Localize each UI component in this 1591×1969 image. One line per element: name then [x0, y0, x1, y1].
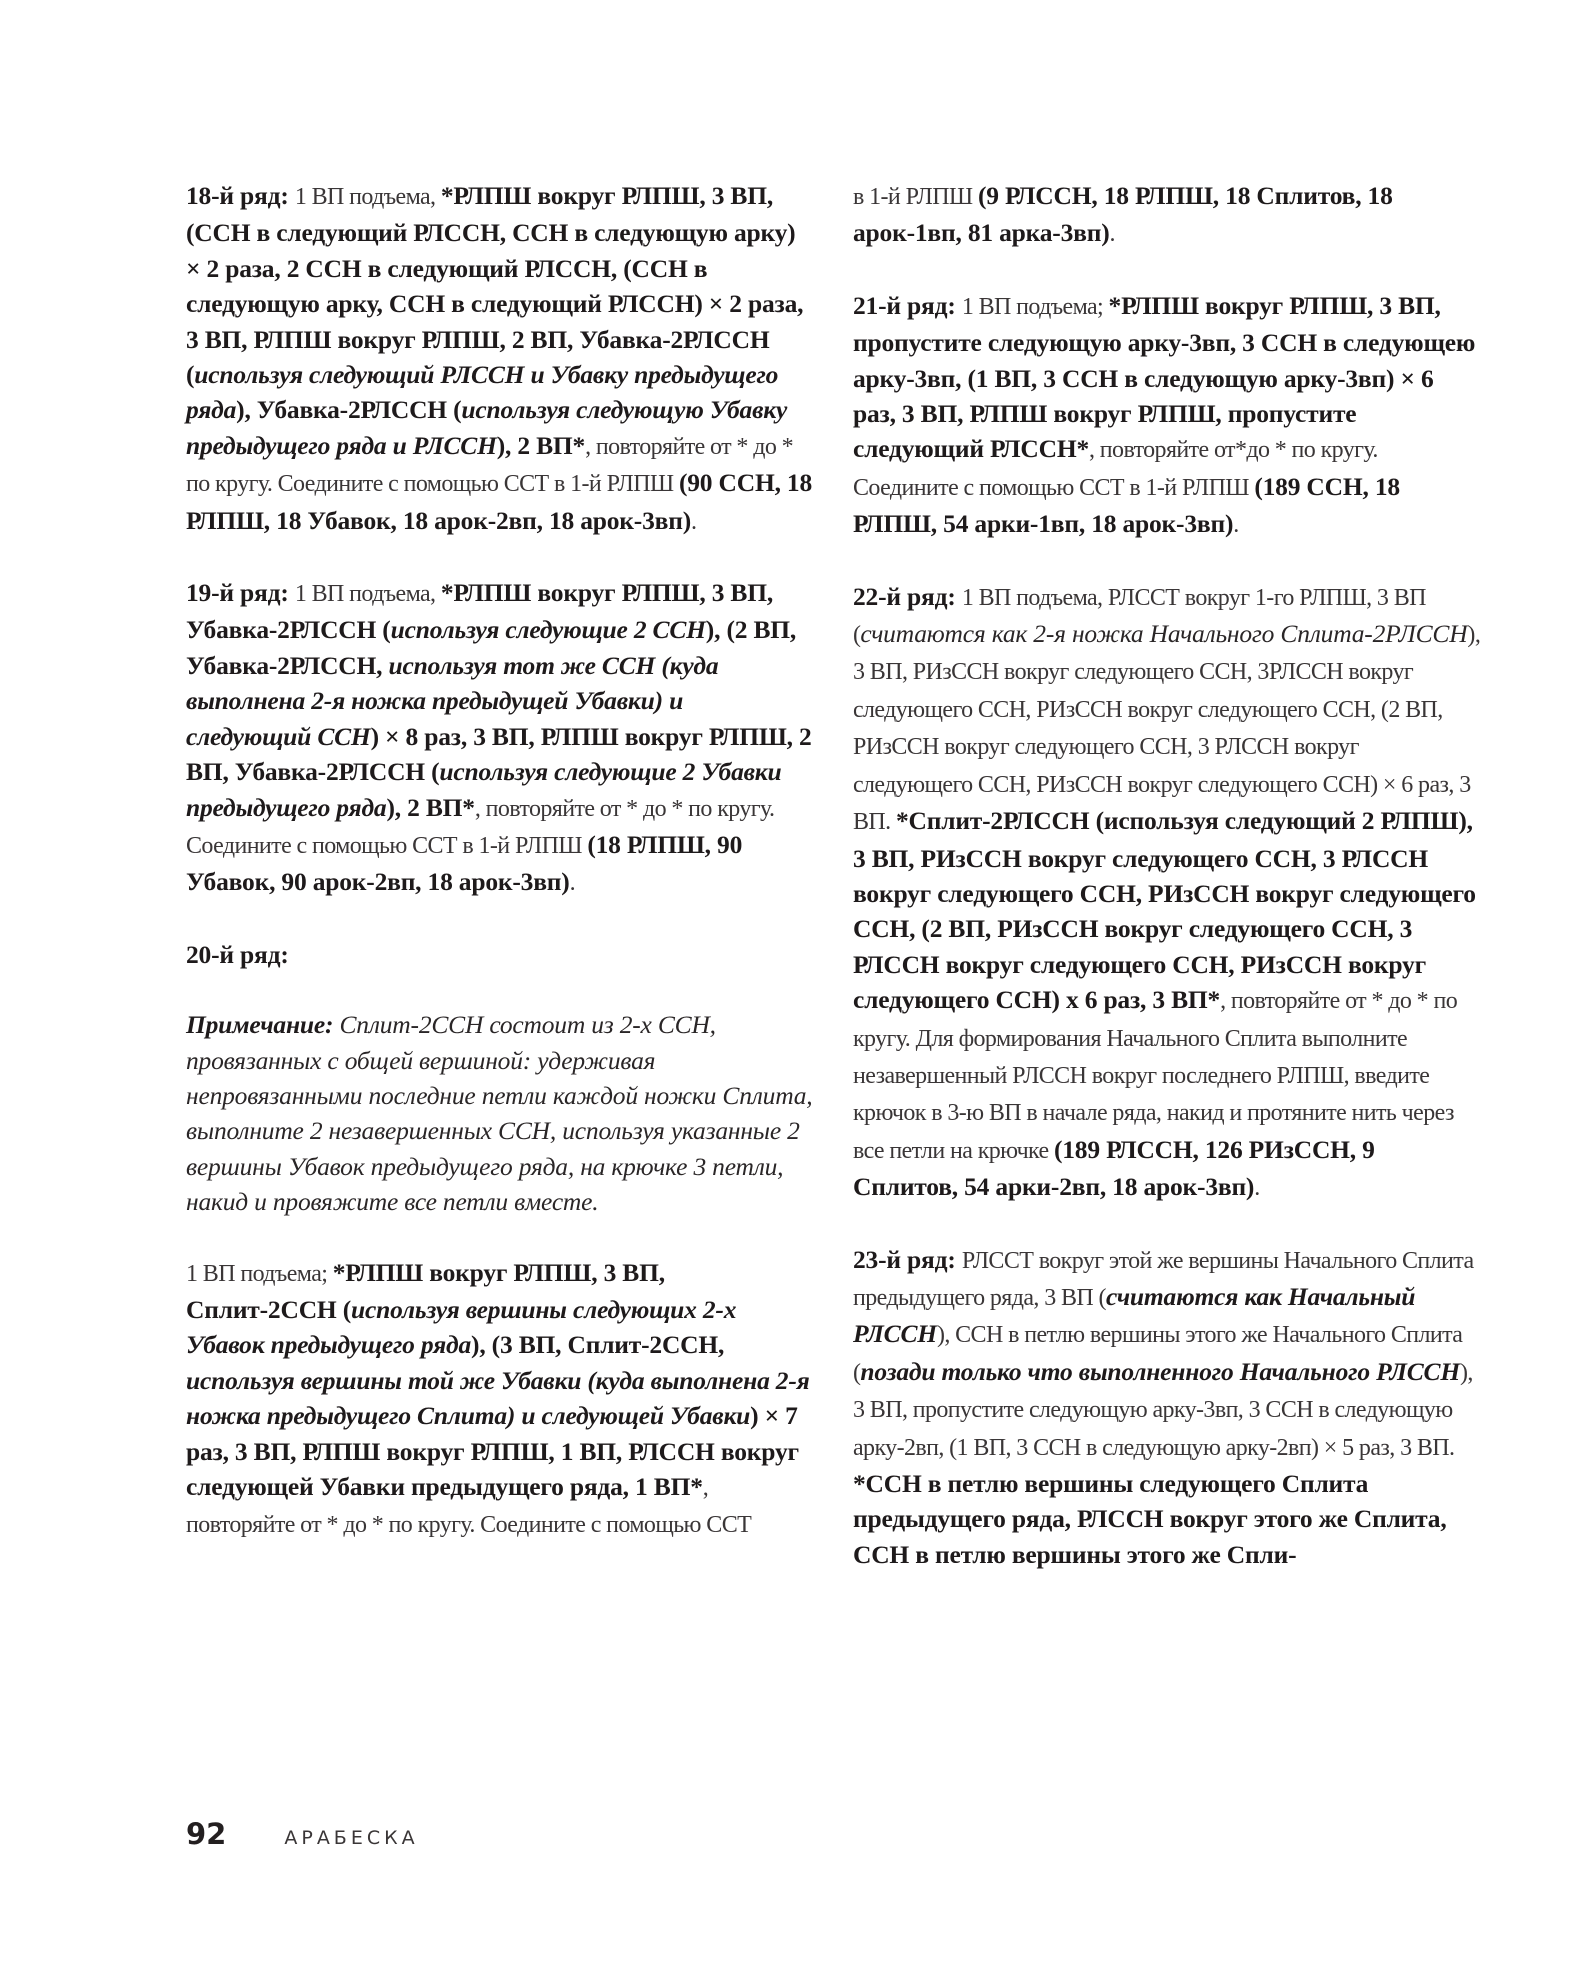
text-run: Сплит-2ССН состоит из 2-х ССН, провязанн… — [186, 1010, 812, 1216]
text-run: 1 ВП подъема; — [962, 294, 1109, 320]
text-run: используя следующие 2 ССН — [391, 615, 706, 644]
text-run: *ССН в петлю вершины следующего Сплита п… — [853, 1469, 1447, 1569]
text-run: . — [1233, 512, 1238, 538]
paragraph-row-20-continued: в 1-й РЛПШ (9 РЛССН, 18 РЛПШ, 18 Сплитов… — [853, 178, 1481, 253]
text-run: считаются как 2-я ножка Начального Сплит… — [860, 619, 1467, 648]
text-run: в 1-й РЛПШ — [853, 184, 978, 210]
text-run: позади только что выполненного Начальног… — [860, 1357, 1460, 1386]
paragraph-row-18: 18-й ряд: 1 ВП подъема, *РЛПШ вокруг РЛП… — [186, 178, 814, 540]
text-run: используя вершины той же Убавки (куда вы… — [186, 1366, 810, 1430]
text-run: . — [570, 870, 575, 896]
page-footer: 92 АРАБЕСКА — [186, 1817, 419, 1857]
paragraph-row-20-body: 1 ВП подъема; *РЛПШ вокруг РЛПШ, 3 ВП, С… — [186, 1255, 814, 1544]
paragraph-row-21: 21-й ряд: 1 ВП подъема; *РЛПШ вокруг РЛП… — [853, 288, 1481, 544]
paragraph-row-22: 22-й ряд: 1 ВП подъема, РЛССТ вокруг 1-г… — [853, 579, 1481, 1207]
text-run: ), 2 ВП* — [386, 793, 474, 822]
paragraph-row-23: 23-й ряд: РЛССТ вокруг этой же вершины Н… — [853, 1242, 1481, 1573]
text-run: 1 ВП подъема, — [295, 581, 441, 607]
text-run: 1 ВП подъема; — [186, 1261, 333, 1287]
paragraph-row-19: 19-й ряд: 1 ВП подъема, *РЛПШ вокруг РЛП… — [186, 575, 814, 902]
page-number: 92 — [186, 1817, 226, 1851]
right-column: в 1-й РЛПШ (9 РЛССН, 18 РЛПШ, 18 Сплитов… — [853, 178, 1481, 1607]
text-run: 1 ВП подъема, — [295, 184, 441, 210]
text-run: ), Убавка-2РЛССН ( — [236, 395, 461, 424]
text-run: 19-й ряд: — [186, 578, 295, 607]
text-run: 21-й ряд: — [853, 291, 962, 320]
text-run: *Сплит-2РЛССН (используя следующий 2 РЛП… — [853, 806, 1476, 1014]
text-run: . — [691, 509, 696, 535]
text-run: 18-й ряд: — [186, 181, 295, 210]
text-run: 20-й ряд: — [186, 940, 289, 969]
book-page: 18-й ряд: 1 ВП подъема, *РЛПШ вокруг РЛП… — [0, 0, 1591, 1969]
paragraph-row-20-heading: 20-й ряд: — [186, 937, 814, 972]
text-run: Примечание: — [186, 1010, 339, 1039]
left-column: 18-й ряд: 1 ВП подъема, *РЛПШ вокруг РЛП… — [186, 178, 814, 1579]
text-run: ), 3 ВП, РИзССН вокруг следующего ССН, 3… — [853, 622, 1480, 835]
text-run: ), 2 ВП* — [497, 431, 585, 460]
paragraph-note: Примечание: Сплит-2ССН состоит из 2-х СС… — [186, 1007, 814, 1219]
text-run: . — [1110, 221, 1115, 247]
text-run: ), (3 ВП, Сплит-2ССН, — [471, 1330, 724, 1359]
text-run: 22-й ряд: — [853, 582, 962, 611]
running-title: АРАБЕСКА — [284, 1827, 418, 1849]
text-run: *РЛПШ вокруг РЛПШ, 3 ВП, (ССН в следующи… — [186, 181, 803, 389]
text-run: . — [1254, 1175, 1259, 1201]
text-run: 23-й ряд: — [853, 1245, 962, 1274]
